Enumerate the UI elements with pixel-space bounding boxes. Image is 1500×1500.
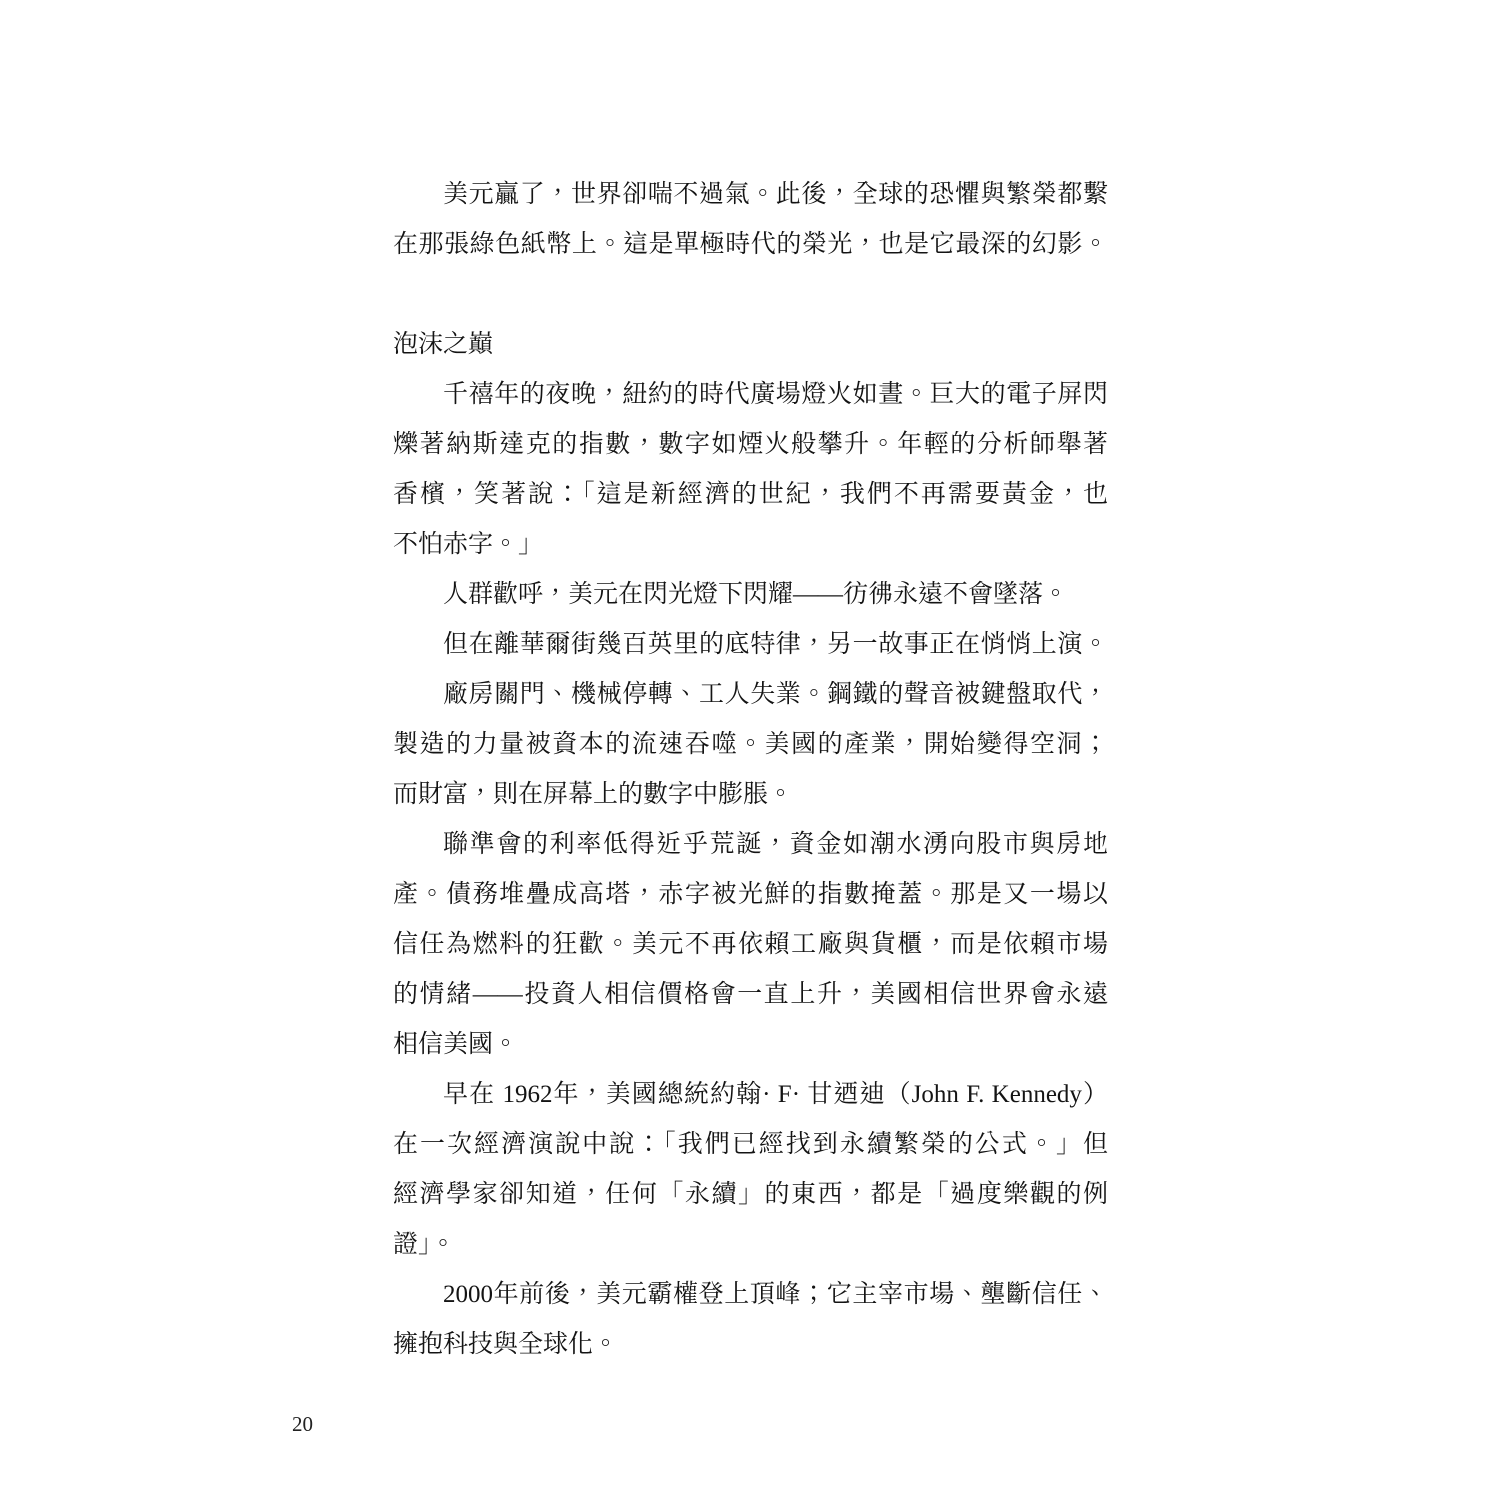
paragraph: 但在離華爾街幾百英里的底特律，另一故事正在悄悄上演。 (393, 620, 1108, 670)
text-line: 廠房關門、機械停轉、工人失業。鋼鐵的聲音被鍵盤取代， (393, 670, 1108, 720)
text-line: 經濟學家卻知道，任何「永續」的東西，都是「過度樂觀的例 (393, 1170, 1108, 1220)
paragraph: 早在 1962年，美國總統約翰· F· 甘迺迪（John F. Kennedy）… (393, 1070, 1108, 1270)
text-line: 擁抱科技與全球化。 (393, 1320, 1108, 1370)
text-block: 美元贏了，世界卻喘不過氣。此後，全球的恐懼與繁榮都繫在那張綠色紙幣上。這是單極時… (393, 170, 1108, 1370)
text-line: 不怕赤字。」 (393, 520, 1108, 570)
text-line: 早在 1962年，美國總統約翰· F· 甘迺迪（John F. Kennedy） (393, 1070, 1108, 1120)
paragraph: 千禧年的夜晚，紐約的時代廣場燈火如晝。巨大的電子屏閃爍著納斯達克的指數，數字如煙… (393, 370, 1108, 570)
text-line: 香檳，笑著說：「這是新經濟的世紀，我們不再需要黃金，也 (393, 470, 1108, 520)
paragraph: 聯準會的利率低得近乎荒誕，資金如潮水湧向股市與房地產。債務堆疊成高塔，赤字被光鮮… (393, 820, 1108, 1070)
text-line: 相信美國。 (393, 1020, 1108, 1070)
paragraph-spacer (393, 270, 1108, 320)
text-line: 2000年前後，美元霸權登上頂峰；它主宰市場、壟斷信任、 (393, 1270, 1108, 1320)
text-line: 證」。 (393, 1220, 1108, 1270)
paragraph: 美元贏了，世界卻喘不過氣。此後，全球的恐懼與繁榮都繫在那張綠色紙幣上。這是單極時… (393, 170, 1108, 270)
book-page: 美元贏了，世界卻喘不過氣。此後，全球的恐懼與繁榮都繫在那張綠色紙幣上。這是單極時… (0, 0, 1500, 1500)
text-line: 而財富，則在屏幕上的數字中膨脹。 (393, 770, 1108, 820)
text-line: 在一次經濟演說中說：「我們已經找到永續繁榮的公式。」但 (393, 1120, 1108, 1170)
text-line: 但在離華爾街幾百英里的底特律，另一故事正在悄悄上演。 (393, 620, 1108, 670)
text-line: 千禧年的夜晚，紐約的時代廣場燈火如晝。巨大的電子屏閃 (393, 370, 1108, 420)
text-line: 的情緒——投資人相信價格會一直上升，美國相信世界會永遠 (393, 970, 1108, 1020)
paragraph: 人群歡呼，美元在閃光燈下閃耀——彷彿永遠不會墜落。 (393, 570, 1108, 620)
text-line: 製造的力量被資本的流速吞噬。美國的產業，開始變得空洞； (393, 720, 1108, 770)
text-line: 信任為燃料的狂歡。美元不再依賴工廠與貨櫃，而是依賴市場 (393, 920, 1108, 970)
paragraph: 2000年前後，美元霸權登上頂峰；它主宰市場、壟斷信任、擁抱科技與全球化。 (393, 1270, 1108, 1370)
text-line: 產。債務堆疊成高塔，赤字被光鮮的指數掩蓋。那是又一場以 (393, 870, 1108, 920)
section-heading: 泡沫之巔 (393, 320, 1108, 370)
text-line: 在那張綠色紙幣上。這是單極時代的榮光，也是它最深的幻影。 (393, 220, 1108, 270)
heading-line: 泡沫之巔 (393, 320, 1108, 370)
text-line: 美元贏了，世界卻喘不過氣。此後，全球的恐懼與繁榮都繫 (393, 170, 1108, 220)
text-line: 爍著納斯達克的指數，數字如煙火般攀升。年輕的分析師舉著 (393, 420, 1108, 470)
page-number: 20 (292, 1412, 313, 1436)
paragraph: 廠房關門、機械停轉、工人失業。鋼鐵的聲音被鍵盤取代，製造的力量被資本的流速吞噬。… (393, 670, 1108, 820)
text-line: 聯準會的利率低得近乎荒誕，資金如潮水湧向股市與房地 (393, 820, 1108, 870)
text-line: 人群歡呼，美元在閃光燈下閃耀——彷彿永遠不會墜落。 (393, 570, 1108, 620)
